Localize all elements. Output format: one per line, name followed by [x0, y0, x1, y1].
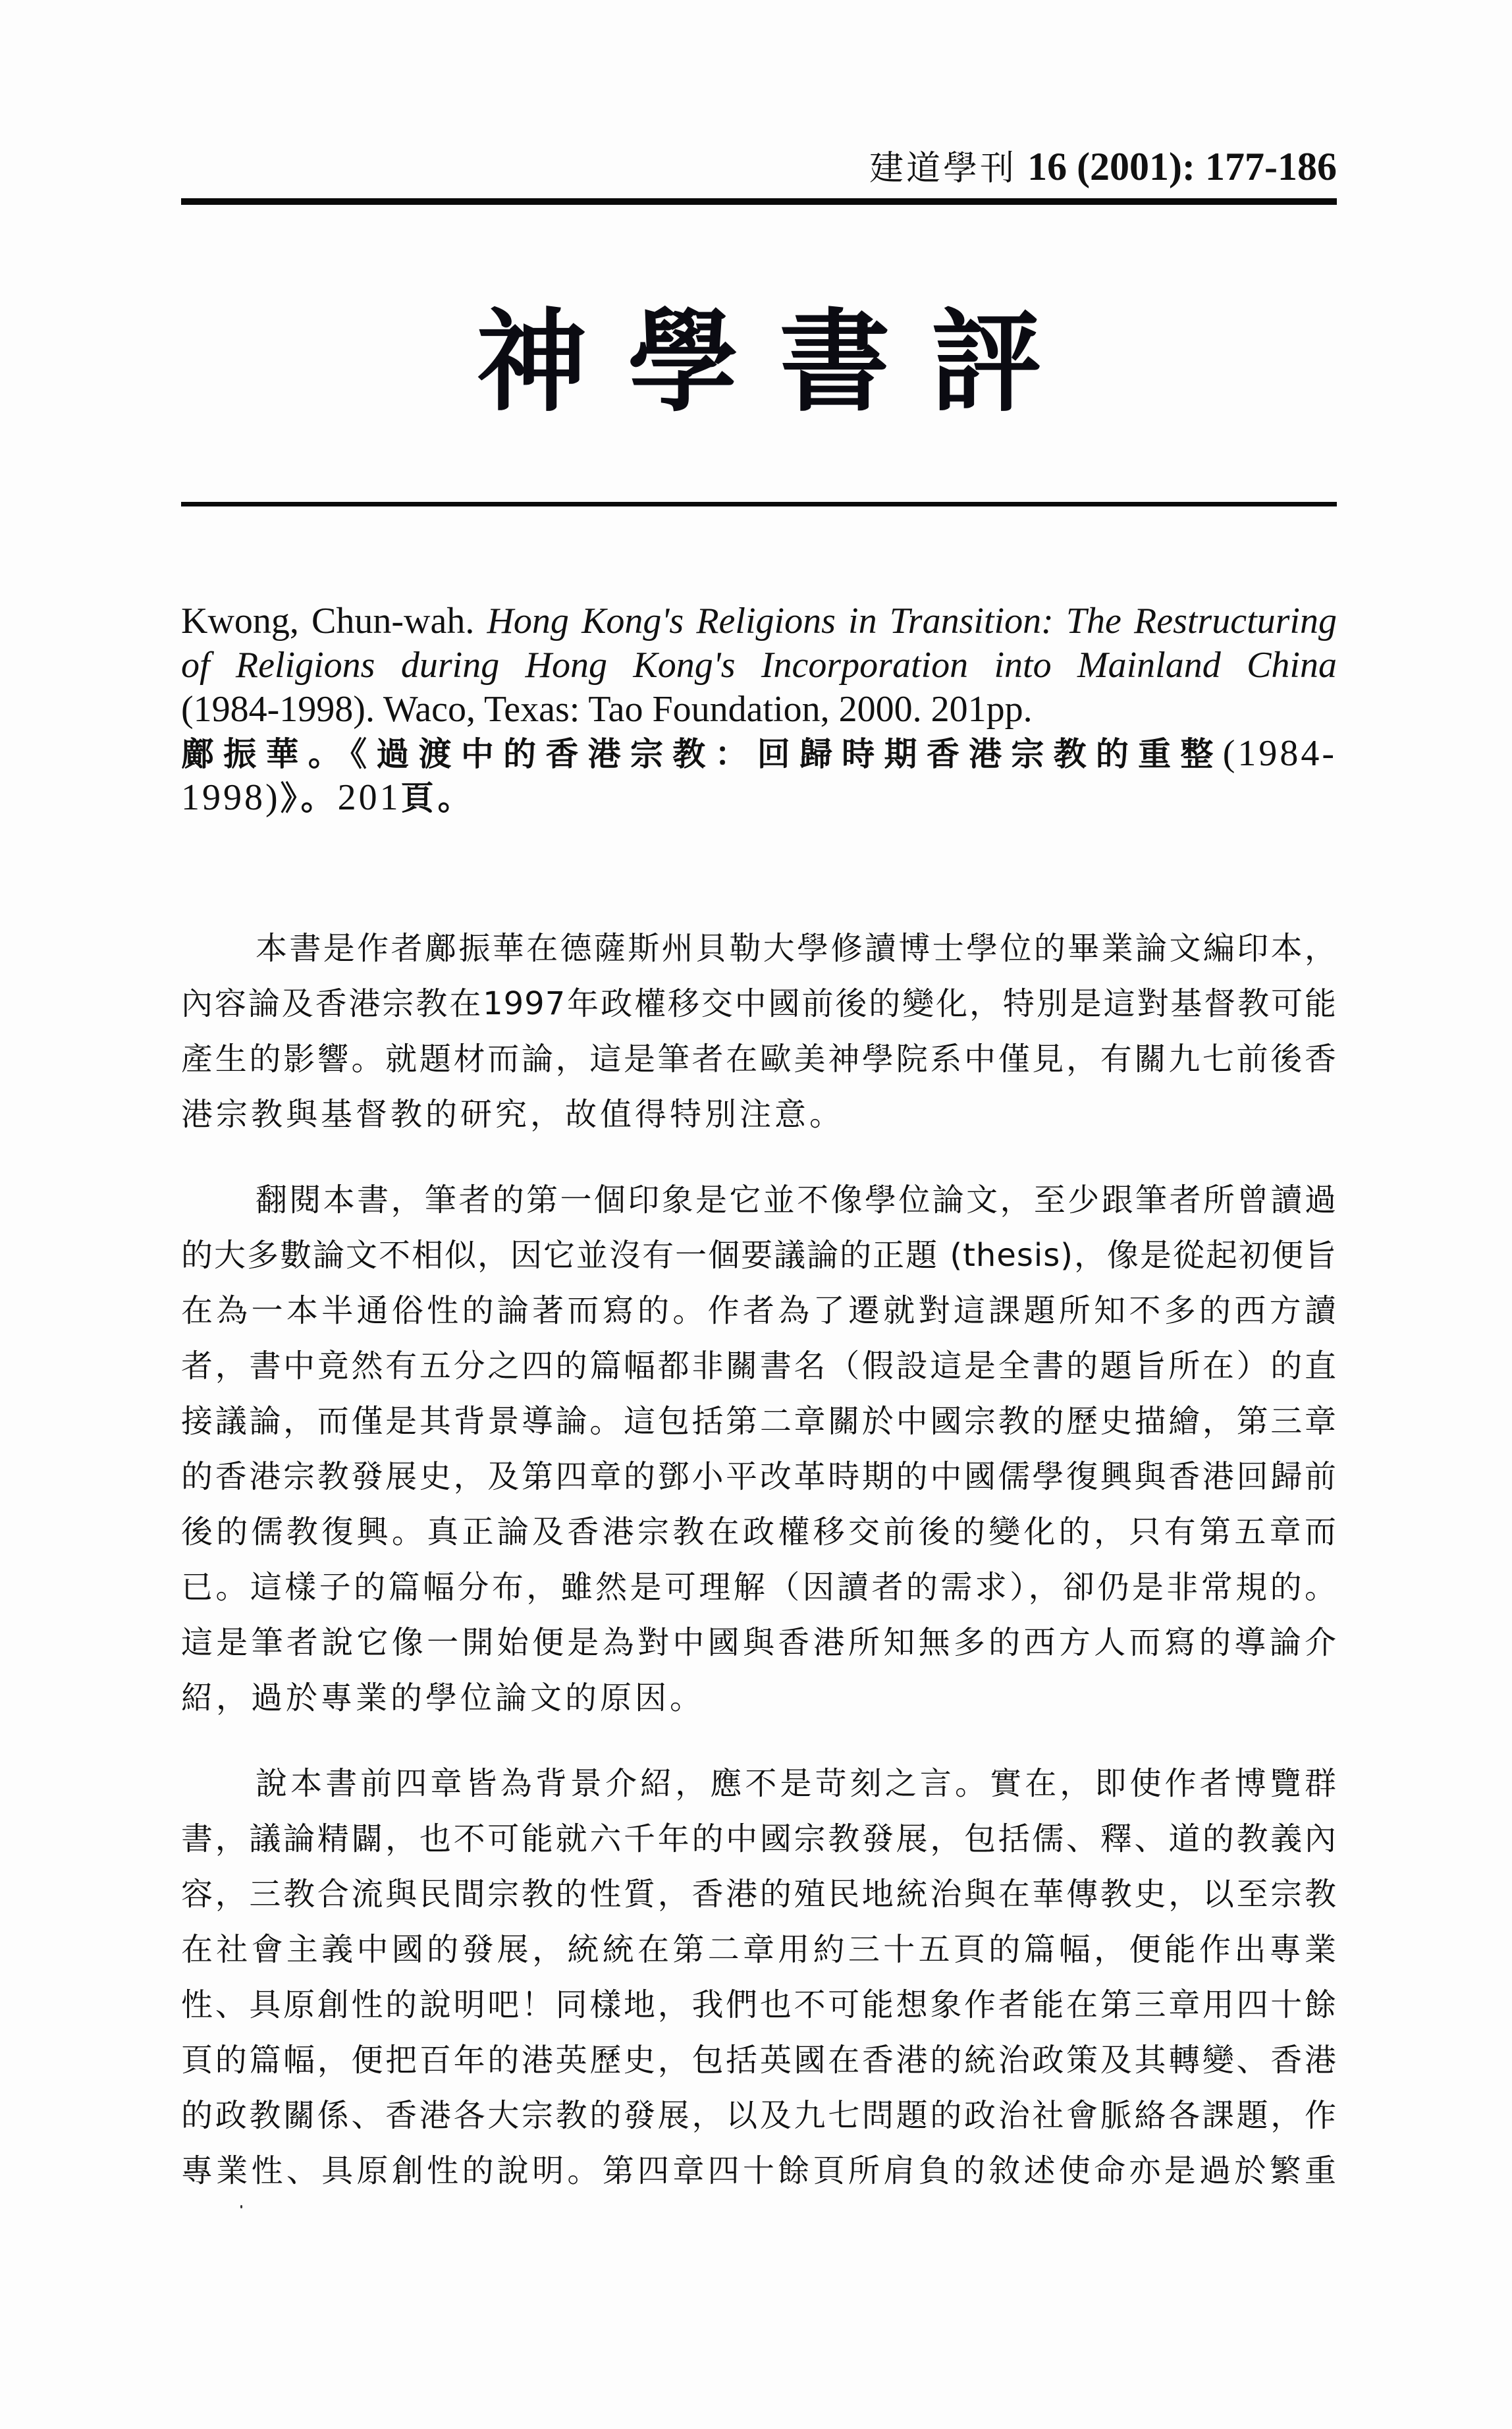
citation-line-2: of Religions during Hong Kong's Incorpor…: [181, 643, 1337, 688]
paragraph-line: 港宗教與基督教的研究，故值得特別注意。: [181, 1087, 1337, 1142]
top-rule-divider: [181, 198, 1337, 205]
paragraph-line: 紹，過於專業的學位論文的原因。: [181, 1670, 1337, 1726]
citation-chinese-line-2: 1998)》。201頁。: [181, 776, 1337, 820]
section-title: 神學書評: [181, 290, 1337, 435]
paragraph-line: 說本書前四章皆為背景介紹，應不是苛刻之言。實在，即使作者博覽群: [181, 1756, 1337, 1811]
paragraph-line: 本書是作者鄺振華在德薩斯州貝勒大學修讀博士學位的畢業論文編印本，: [181, 921, 1337, 976]
review-body: 本書是作者鄺振華在德薩斯州貝勒大學修讀博士學位的畢業論文編印本， 內容論及香港宗…: [181, 921, 1337, 2229]
journal-header: 建道學刊16 (2001): 177-186: [181, 144, 1337, 190]
scan-speck-mark: [240, 2205, 242, 2208]
paragraph-1: 本書是作者鄺振華在德薩斯州貝勒大學修讀博士學位的畢業論文編印本， 內容論及香港宗…: [181, 921, 1337, 1142]
paragraph-line: 容，三教合流與民間宗教的性質，香港的殖民地統治與在華傳教史，以至宗教: [181, 1867, 1337, 1922]
citation-author: Kwong, Chun-wah.: [181, 601, 487, 641]
paragraph-line: 專業性、具原創性的說明。第四章四十餘頁所肩負的敘述使命亦是過於繁重: [181, 2143, 1337, 2198]
citation-chinese-title: 鄺振華。《過渡中的香港宗教：回歸時期香港宗教的重整: [181, 735, 1223, 773]
citation-chinese-pages-num: 201: [338, 777, 401, 818]
bottom-rule-divider: [181, 502, 1337, 506]
book-citation: Kwong, Chun-wah. Hong Kong's Religions i…: [181, 599, 1337, 820]
paragraph-line: 的香港宗教發展史，及第四章的鄧小平改革時期的中國儒學復興與香港回歸前: [181, 1449, 1337, 1504]
issue-info: 16 (2001): 177-186: [1027, 145, 1337, 188]
paragraph-line: 的政教關係、香港各大宗教的發展，以及九七問題的政治社會脈絡各課題，作: [181, 2088, 1337, 2143]
paragraph-line: 書，議論精闢，也不可能就六千年的中國宗教發展，包括儒、釋、道的教義內: [181, 1811, 1337, 1867]
journal-name: 建道學刊: [869, 149, 1017, 188]
paragraph-line: 頁的篇幅，便把百年的港英歷史，包括英國在香港的統治政策及其轉變、香港: [181, 2033, 1337, 2088]
citation-chinese-line-1: 鄺振華。《過渡中的香港宗教：回歸時期香港宗教的重整(1984-: [181, 732, 1337, 776]
citation-book-title: Hong Kong's Religions in Transition: The…: [487, 601, 1337, 641]
citation-publication: (1984-1998). Waco, Texas: Tao Foundation…: [181, 689, 1033, 730]
paragraph-line: 者，書中竟然有五分之四的篇幅都非關書名（假設這是全書的題旨所在）的直: [181, 1338, 1337, 1394]
paragraph-line: 這是筆者說它像一開始便是為對中國與香港所知無多的西方人而寫的導論介: [181, 1615, 1337, 1670]
citation-book-title-cont: of Religions during Hong Kong's Incorpor…: [181, 645, 1337, 686]
citation-chinese-years-end: 1998): [181, 777, 281, 818]
paragraph-line: 在社會主義中國的發展，統統在第二章用約三十五頁的篇幅，便能作出專業: [181, 1922, 1337, 1977]
paragraph-line: 後的儒教復興。真正論及香港宗教在政權移交前後的變化的，只有第五章而: [181, 1504, 1337, 1560]
citation-chinese-years-start: (1984-: [1223, 733, 1337, 774]
citation-chinese-close: 》。: [281, 779, 338, 817]
paragraph-line: 翻閱本書，筆者的第一個印象是它並不像學位論文，至少跟筆者所曾讀過: [181, 1172, 1337, 1228]
paragraph-line: 內容論及香港宗教在1997年政權移交中國前後的變化，特別是這對基督教可能: [181, 976, 1337, 1031]
paragraph-line: 已。這樣子的篇幅分布，雖然是可理解（因讀者的需求），卻仍是非常規的。: [181, 1560, 1337, 1615]
paragraph-3: 說本書前四章皆為背景介紹，應不是苛刻之言。實在，即使作者博覽群 書，議論精闢，也…: [181, 1756, 1337, 2198]
citation-line-1: Kwong, Chun-wah. Hong Kong's Religions i…: [181, 599, 1337, 643]
citation-chinese-pages: 頁。: [401, 779, 475, 817]
paragraph-2: 翻閱本書，筆者的第一個印象是它並不像學位論文，至少跟筆者所曾讀過 的大多數論文不…: [181, 1172, 1337, 1726]
paragraph-line: 產生的影響。就題材而論，這是筆者在歐美神學院系中僅見，有關九七前後香: [181, 1031, 1337, 1087]
paragraph-line: 在為一本半通俗性的論著而寫的。作者為了遷就對這課題所知不多的西方讀: [181, 1283, 1337, 1338]
citation-line-3: (1984-1998). Waco, Texas: Tao Foundation…: [181, 688, 1337, 732]
paragraph-line: 的大多數論文不相似，因它並沒有一個要議論的正題 (thesis)，像是從起初便旨: [181, 1228, 1337, 1283]
paragraph-line: 性、具原創性的說明吧！同樣地，我們也不可能想象作者能在第三章用四十餘: [181, 1977, 1337, 2033]
paragraph-line: 接議論，而僅是其背景導論。這包括第二章關於中國宗教的歷史描繪，第三章: [181, 1394, 1337, 1449]
